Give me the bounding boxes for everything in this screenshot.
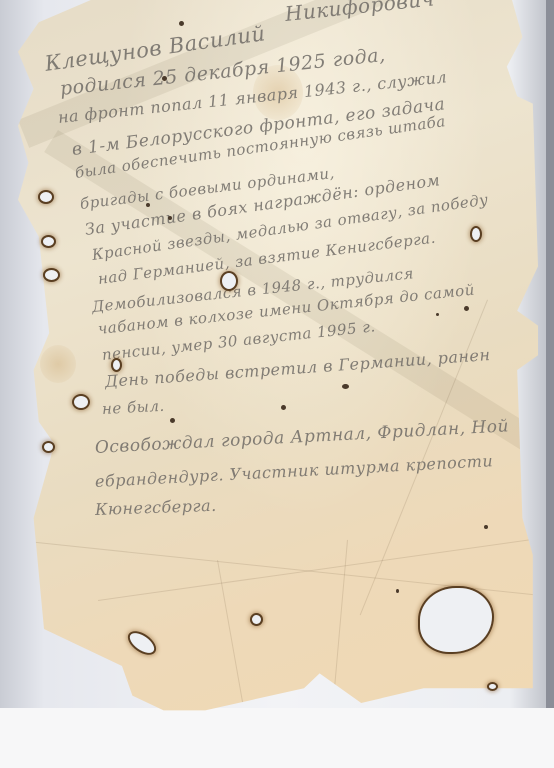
burn-dot xyxy=(464,306,469,311)
burn-dot xyxy=(342,384,349,389)
scan-background xyxy=(0,708,554,768)
text-line: не был. xyxy=(102,397,166,418)
burn-hole xyxy=(222,273,236,289)
burn-dot xyxy=(484,525,488,529)
burn-dot xyxy=(162,76,167,81)
burn-dot xyxy=(281,405,286,410)
burn-dot xyxy=(396,589,399,593)
burn-hole xyxy=(45,270,58,280)
burn-hole xyxy=(472,228,480,240)
burn-hole xyxy=(44,443,53,451)
burn-hole xyxy=(489,684,496,689)
burn-hole xyxy=(252,615,261,624)
burn-dot xyxy=(436,313,439,316)
burn-dot xyxy=(170,418,175,423)
burn-hole xyxy=(74,396,88,408)
burn-dot xyxy=(146,203,150,207)
burn-dot xyxy=(179,21,184,26)
burn-hole xyxy=(40,192,52,202)
water-stain xyxy=(40,345,76,383)
burn-hole xyxy=(43,237,54,246)
burn-dot xyxy=(168,216,172,220)
scanner-edge xyxy=(546,0,554,768)
burn-hole xyxy=(113,360,120,370)
